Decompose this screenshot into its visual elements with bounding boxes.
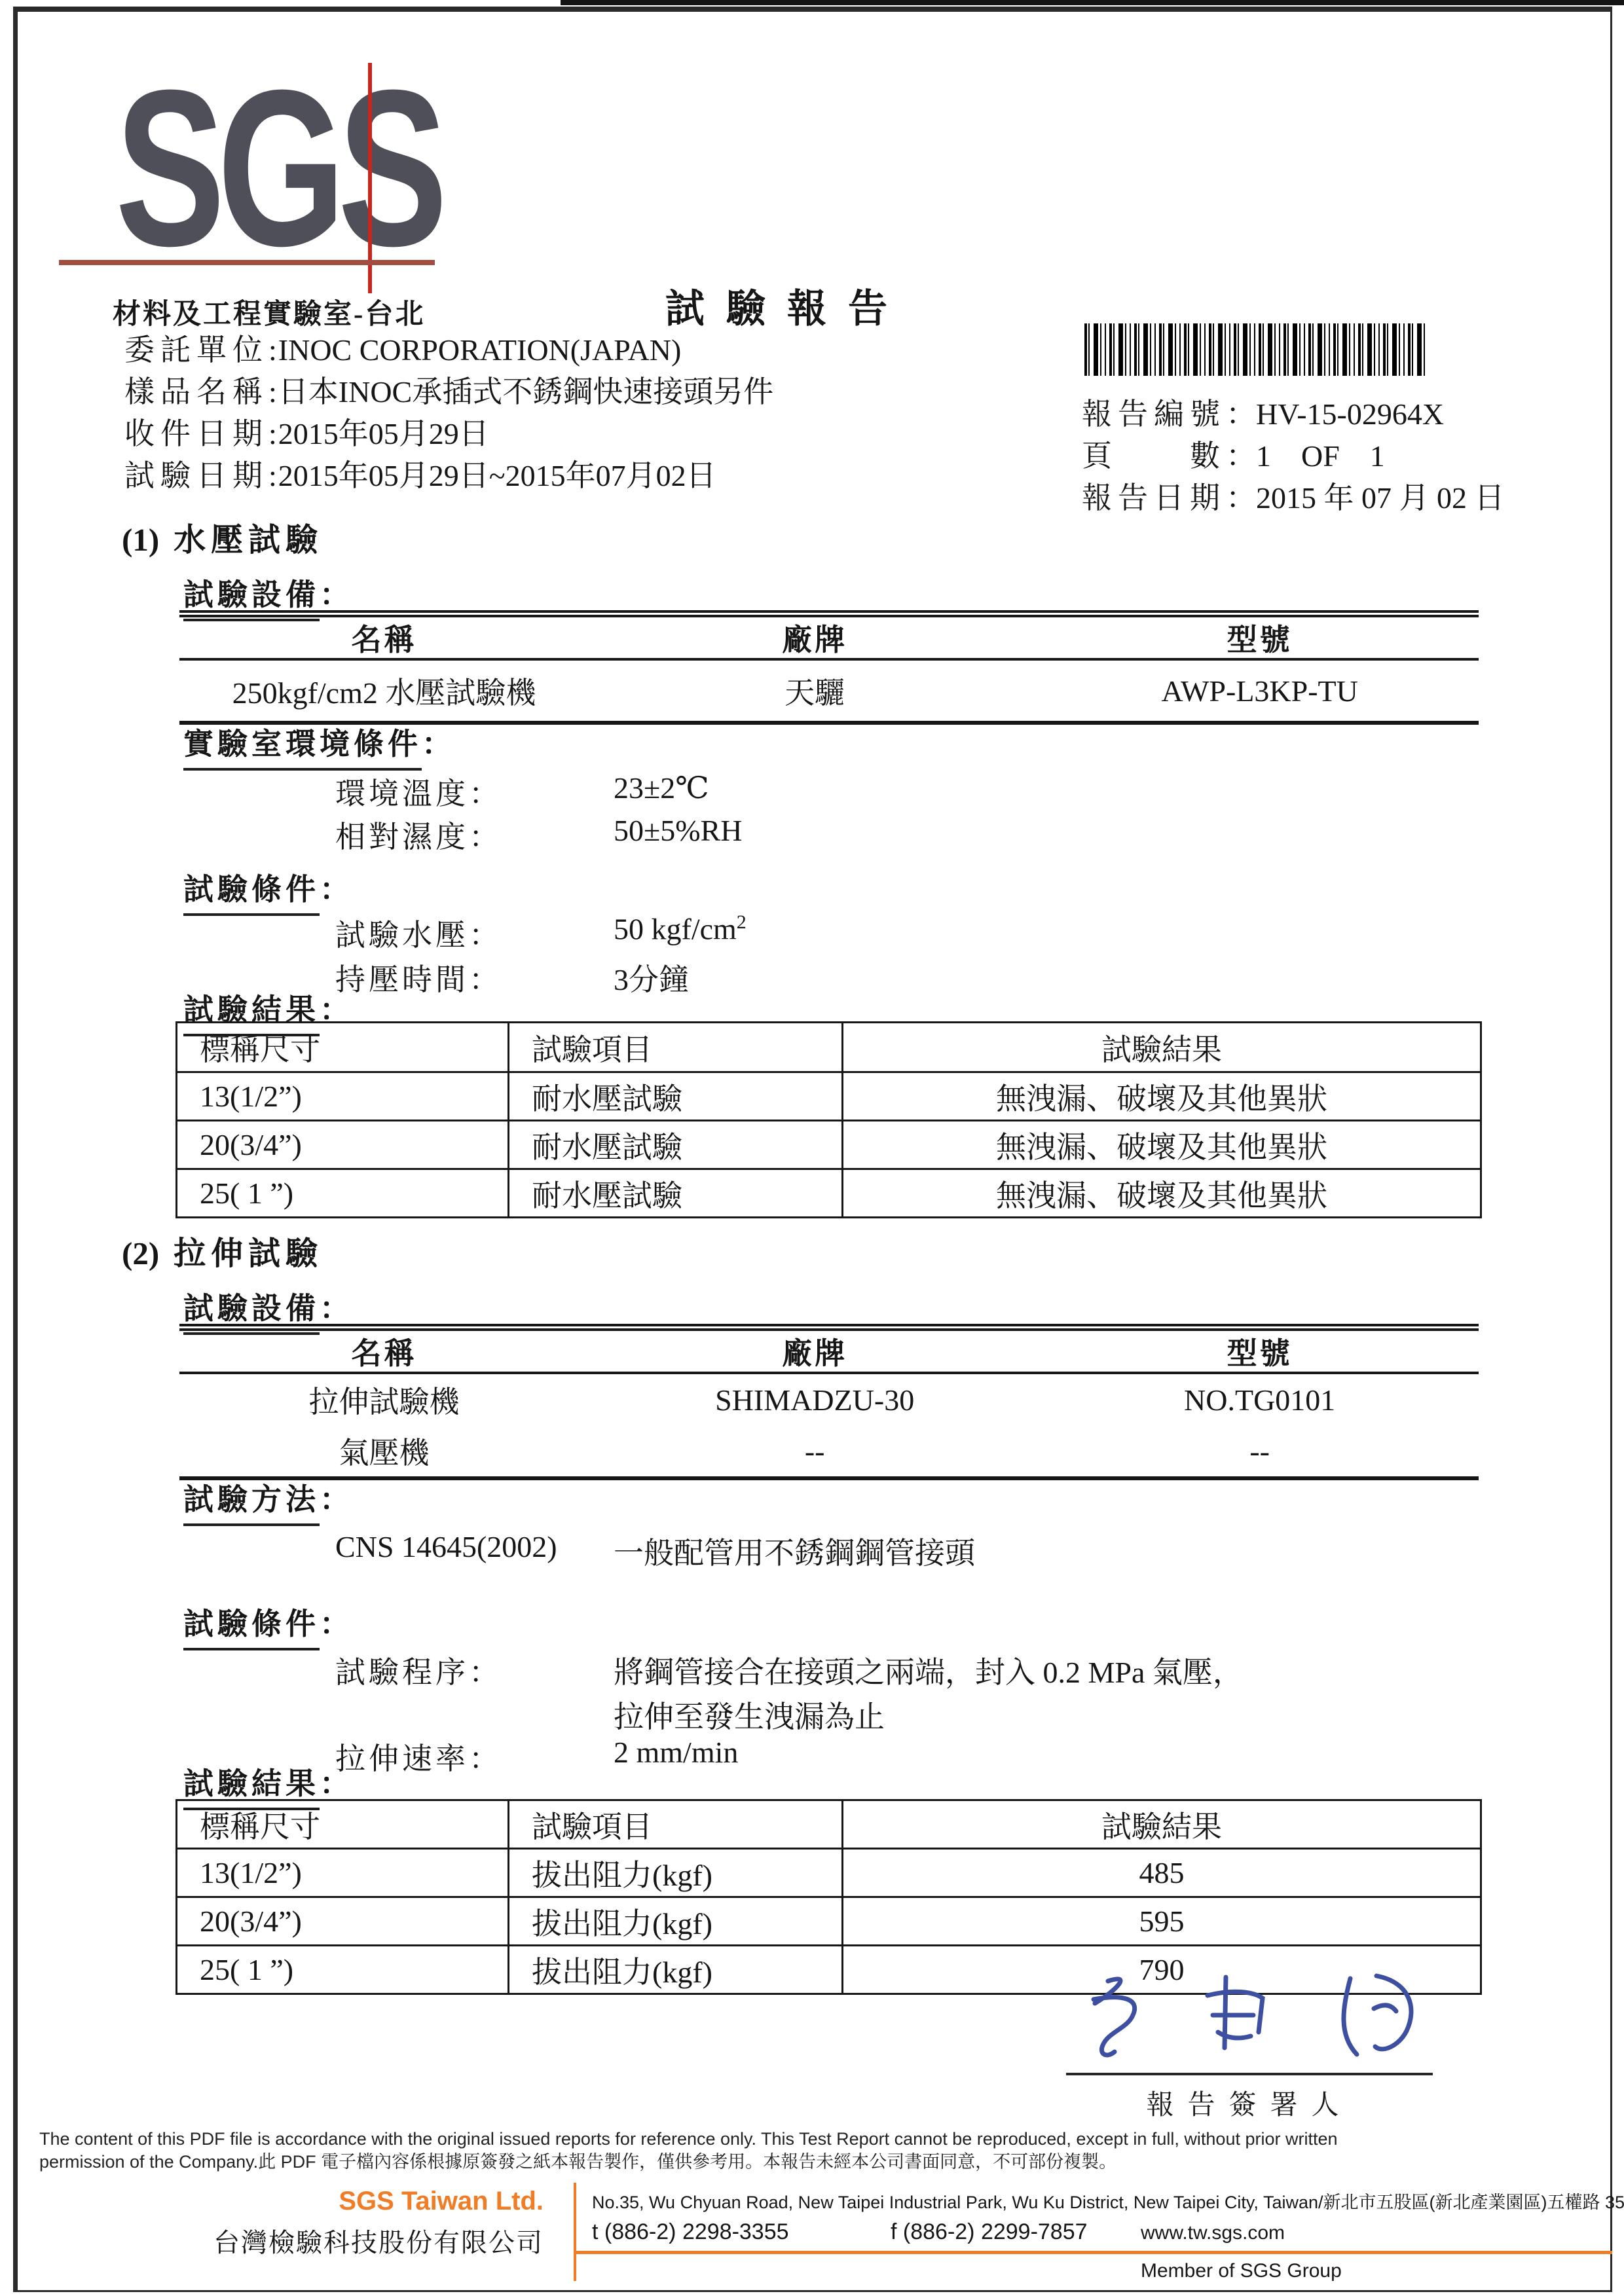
results-table-1: 標稱尺寸 試驗項目 試驗結果 13(1/2”) 耐水壓試驗 無洩漏、破壞及其他異… [175, 1021, 1482, 1218]
condition-row-pressure: 試驗水壓： 50 kgf/cm2 [335, 911, 499, 955]
report-date: 2015 年 07 月 02 日 [1256, 481, 1505, 515]
meta-value: 日本INOC承插式不銹鋼快速接頭另件 [278, 375, 773, 409]
meta-row-client: 委託單位:INOC CORPORATION(JAPAN) [124, 326, 773, 368]
meta-left-block: 委託單位:INOC CORPORATION(JAPAN) 樣品名稱:日本INOC… [124, 326, 773, 494]
header-nominal-size: 標稱尺寸 [177, 1800, 509, 1849]
equipment-model: -- [1041, 1425, 1479, 1476]
col-header-model: 型號 [1041, 617, 1479, 661]
rate-value: 2 mm/min [614, 1735, 738, 1770]
meta-row-tested: 試驗日期:2015年05月29日~2015年07月02日 [124, 452, 773, 494]
meta-row-pages: 頁 數：1 OF 1 [1082, 432, 1579, 474]
section-1-heading: (1)水壓試驗 [122, 515, 323, 560]
logo-red-vline [368, 63, 372, 293]
col-header-name: 名稱 [179, 617, 589, 661]
condition-row-hold-time: 持壓時間： 3分鐘 [335, 956, 499, 999]
meta-label: 委託單位 [124, 333, 268, 367]
sgs-logo: SGS [115, 60, 440, 276]
barcode [1084, 323, 1428, 376]
method-code: CNS 14645(2002) [335, 1530, 557, 1563]
meta-label: 頁 數 [1082, 439, 1226, 473]
method-row: CNS 14645(2002) 一般配管用不銹鋼鋼管接頭 [335, 1529, 557, 1564]
pressure-exponent: 2 [737, 911, 747, 933]
report-page: SGS 材料及工程實驗室-台北 試驗報告 委託單位:INOC CORPORATI… [0, 0, 1624, 2296]
condition-row-rate: 拉伸速率： 2 mm/min [335, 1735, 499, 1778]
procedure-line-2: 拉伸至發生洩漏為止 [614, 1693, 885, 1736]
equipment-name: 250kgf/cm2 水壓試驗機 [179, 661, 589, 721]
meta-value: INOC CORPORATION(JAPAN) [278, 333, 682, 367]
signer-label: 報告簽署人 [1066, 2083, 1433, 2123]
env-label: 實驗室環境條件： [183, 720, 456, 771]
table-row: 25( 1 ”) 耐水壓試驗 無洩漏、破壞及其他異狀 [177, 1169, 1481, 1218]
meta-label: 收件日期 [124, 417, 268, 450]
table-row: 20(3/4”) 耐水壓試驗 無洩漏、破壞及其他異狀 [177, 1121, 1481, 1169]
col-header-brand: 廠牌 [589, 617, 1041, 661]
equipment-name: 拉伸試驗機 [179, 1374, 589, 1425]
header-test-item: 試驗項目 [509, 1800, 843, 1849]
meta-label: 報告日期 [1082, 481, 1226, 515]
footer-company-en: SGS Taiwan Ltd. [282, 2187, 544, 2216]
hold-time-value: 3分鐘 [614, 956, 689, 999]
env-row-humidity: 相對濕度： 50±5%RH [335, 813, 499, 856]
conditions-label-2: 試驗條件： [183, 1600, 354, 1650]
procedure-line-1: 將鋼管接合在接頭之兩端，封入 0.2 MPa 氣壓， [614, 1649, 1243, 1692]
col-header-brand: 廠牌 [589, 1331, 1041, 1374]
condition-row-procedure: 試驗程序： 將鋼管接合在接頭之兩端，封入 0.2 MPa 氣壓， [335, 1649, 499, 1692]
logo-red-underline [59, 260, 435, 265]
disclaimer-line-1: The content of this PDF file is accordan… [39, 2128, 1338, 2151]
footer-member: Member of SGS Group [1141, 2260, 1342, 2282]
env-humidity-value: 50±5%RH [614, 813, 742, 848]
meta-label: 樣品名稱 [124, 375, 268, 409]
col-header-name: 名稱 [179, 1331, 589, 1374]
signature-line [1066, 2073, 1433, 2075]
footer-tel: t (886-2) 2298-3355 [592, 2219, 789, 2245]
signature-image [1067, 1968, 1434, 2066]
scan-top-bar [561, 0, 1624, 5]
equipment-brand: 天驪 [589, 661, 1041, 721]
page-count: 1 OF 1 [1256, 439, 1385, 473]
footer-fax: f (886-2) 2299-7857 [891, 2219, 1088, 2245]
method-desc: 一般配管用不銹鋼鋼管接頭 [614, 1529, 975, 1573]
footer-website: www.tw.sgs.com [1141, 2222, 1285, 2244]
table-header-row: 標稱尺寸 試驗項目 試驗結果 [177, 1023, 1481, 1072]
header-test-item: 試驗項目 [509, 1023, 843, 1072]
table-header-row: 標稱尺寸 試驗項目 試驗結果 [177, 1800, 1481, 1849]
disclaimer-line-2: permission of the Company.此 PDF 電子檔內容係根據… [39, 2151, 1338, 2174]
equipment-model: AWP-L3KP-TU [1041, 661, 1479, 721]
header-test-result: 試驗結果 [843, 1023, 1481, 1072]
footer-address: No.35, Wu Chyuan Road, New Taipei Indust… [592, 2188, 1624, 2214]
equipment-name: 氣壓機 [179, 1425, 589, 1476]
meta-row-received: 收件日期:2015年05月29日 [124, 410, 773, 452]
footer-divider [574, 2183, 576, 2281]
equipment-table-1: 名稱 廠牌 型號 250kgf/cm2 水壓試驗機 天驪 AWP-L3KP-TU [179, 610, 1479, 725]
report-number: HV-15-02964X [1256, 397, 1444, 431]
meta-right-block: 報告編號：HV-15-02964X 頁 數：1 OF 1 報告日期：2015 年… [1082, 323, 1579, 516]
equipment-brand: -- [589, 1425, 1041, 1476]
col-header-model: 型號 [1041, 1331, 1479, 1374]
table-row: 13(1/2”) 拔出阻力(kgf) 485 [177, 1849, 1481, 1897]
footer-company-zh: 台灣檢驗科技股份有限公司 [203, 2222, 544, 2259]
meta-row-sample: 樣品名稱:日本INOC承插式不銹鋼快速接頭另件 [124, 368, 773, 410]
section-2-heading: (2)拉伸試驗 [122, 1228, 323, 1274]
equipment-brand: SHIMADZU-30 [589, 1374, 1041, 1425]
table-row: 20(3/4”) 拔出阻力(kgf) 595 [177, 1897, 1481, 1946]
meta-label: 試驗日期 [124, 459, 268, 492]
meta-value: 2015年05月29日~2015年07月02日 [278, 459, 716, 492]
meta-label: 報告編號 [1082, 397, 1226, 431]
env-row-temperature: 環境溫度： 23±2℃ [335, 770, 499, 813]
equipment-model: NO.TG0101 [1041, 1374, 1479, 1425]
disclaimer: The content of this PDF file is accordan… [39, 2128, 1338, 2174]
results-table-2: 標稱尺寸 試驗項目 試驗結果 13(1/2”) 拔出阻力(kgf) 485 20… [175, 1799, 1482, 1995]
method-label: 試驗方法： [183, 1476, 354, 1526]
test-pressure-value: 50 kgf/cm2 [614, 911, 747, 946]
meta-row-report-date: 報告日期：2015 年 07 月 02 日 [1082, 474, 1579, 516]
conditions-label-1: 試驗條件： [183, 866, 354, 916]
env-temperature-value: 23±2℃ [614, 770, 709, 805]
table-row: 13(1/2”) 耐水壓試驗 無洩漏、破壞及其他異狀 [177, 1072, 1481, 1121]
meta-value: 2015年05月29日 [278, 417, 489, 450]
footer-orange-line [574, 2251, 1612, 2254]
header-test-result: 試驗結果 [843, 1800, 1481, 1849]
meta-row-report-no: 報告編號：HV-15-02964X [1082, 390, 1579, 432]
header-nominal-size: 標稱尺寸 [177, 1023, 509, 1072]
equipment-table-2: 名稱 廠牌 型號 拉伸試驗機 SHIMADZU-30 NO.TG0101 氣壓機… [179, 1324, 1479, 1480]
